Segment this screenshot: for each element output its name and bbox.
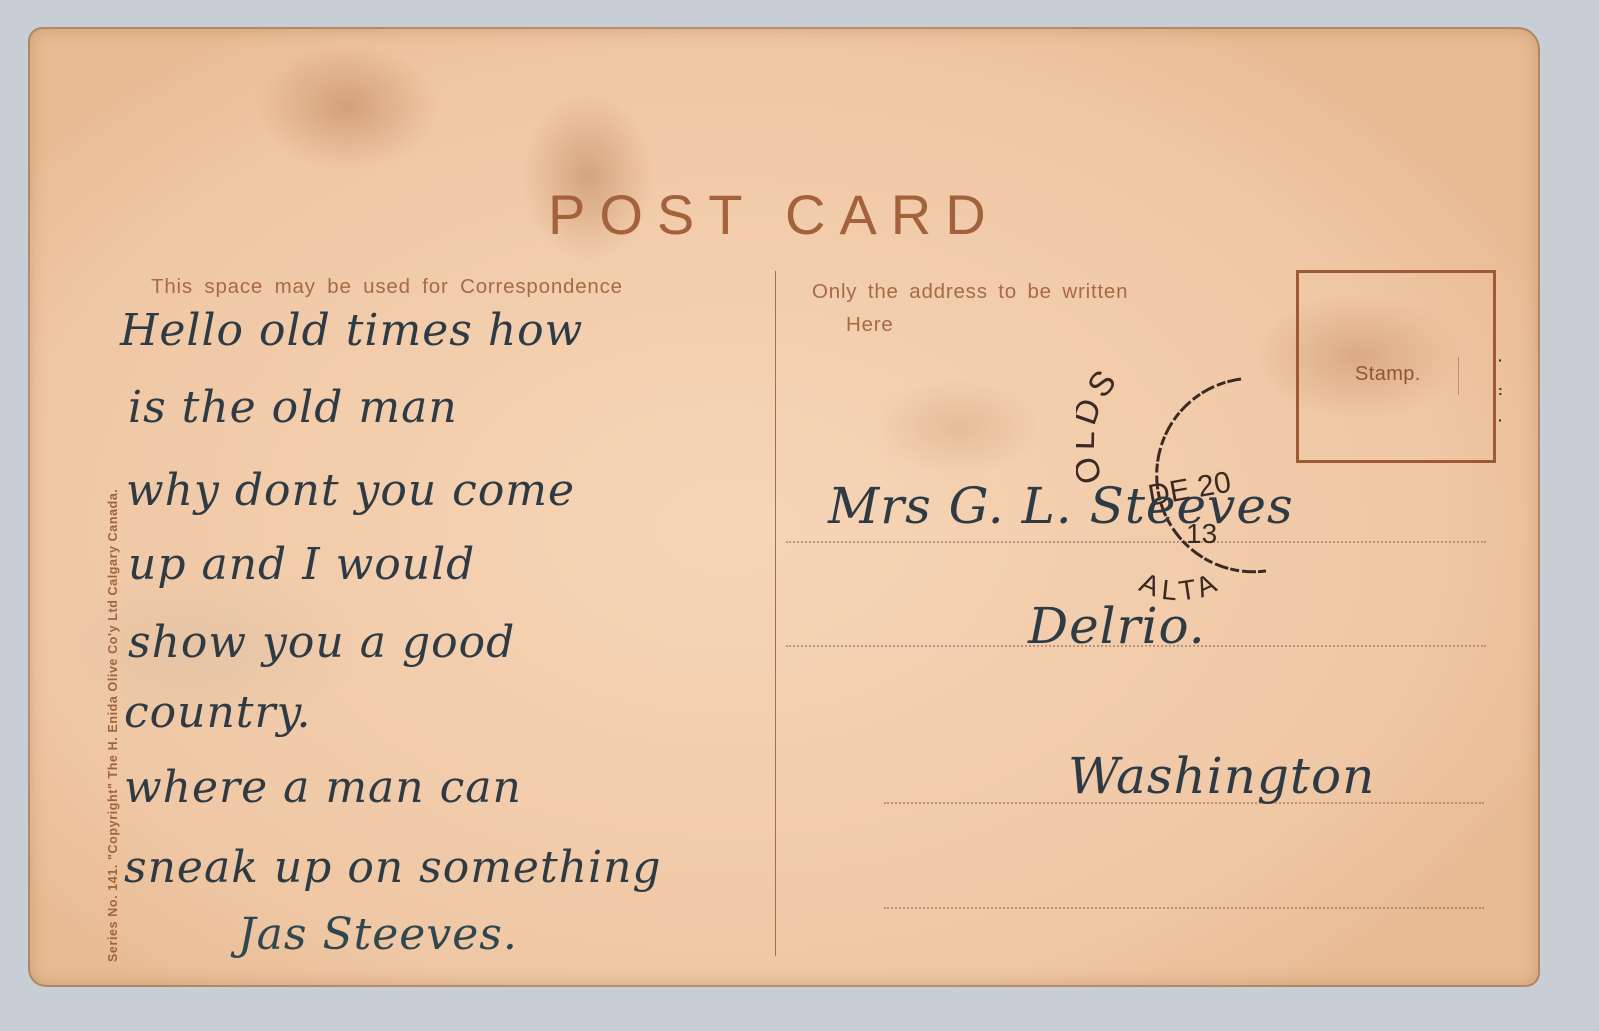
publisher-line: Series No. 141. "Copyright" The H. Enida…	[106, 488, 120, 962]
stamp-box-label: Stamp.	[1355, 363, 1421, 386]
center-divider	[775, 271, 776, 956]
postmark-town: OLDS	[1076, 361, 1126, 489]
address-line-4	[884, 907, 1484, 909]
stamp-notch	[1458, 357, 1459, 395]
svg-text:OLDS: OLDS	[1076, 361, 1126, 489]
message-line: sneak up on something	[124, 842, 662, 893]
address-label: Only the address to be written Here	[812, 275, 1128, 341]
message-line: why dont you come	[126, 465, 575, 516]
edge-marks: ·:·	[1498, 345, 1518, 435]
address-label-line2: Here	[812, 308, 1128, 341]
address-state: Washington	[1068, 747, 1375, 805]
correspondence-label: This space may be used for Correspondenc…	[151, 275, 623, 299]
message-line: show you a good	[128, 617, 515, 668]
message-line: Hello old times how	[120, 305, 583, 356]
signature: Jas Steeves.	[238, 909, 518, 960]
address-name: Mrs G. L. Steeves	[828, 477, 1294, 535]
message-line: up and I would	[128, 539, 475, 590]
message-line: where a man can	[124, 762, 522, 813]
message-line: country.	[124, 687, 312, 738]
postcard: Series No. 141. "Copyright" The H. Enida…	[28, 27, 1540, 987]
stamp-box: Stamp.	[1296, 270, 1496, 463]
address-town: Delrio.	[1028, 597, 1206, 655]
address-label-line1: Only the address to be written	[812, 280, 1128, 303]
postcard-title: POST CARD	[548, 182, 1000, 247]
message-line: is the old man	[128, 382, 458, 433]
